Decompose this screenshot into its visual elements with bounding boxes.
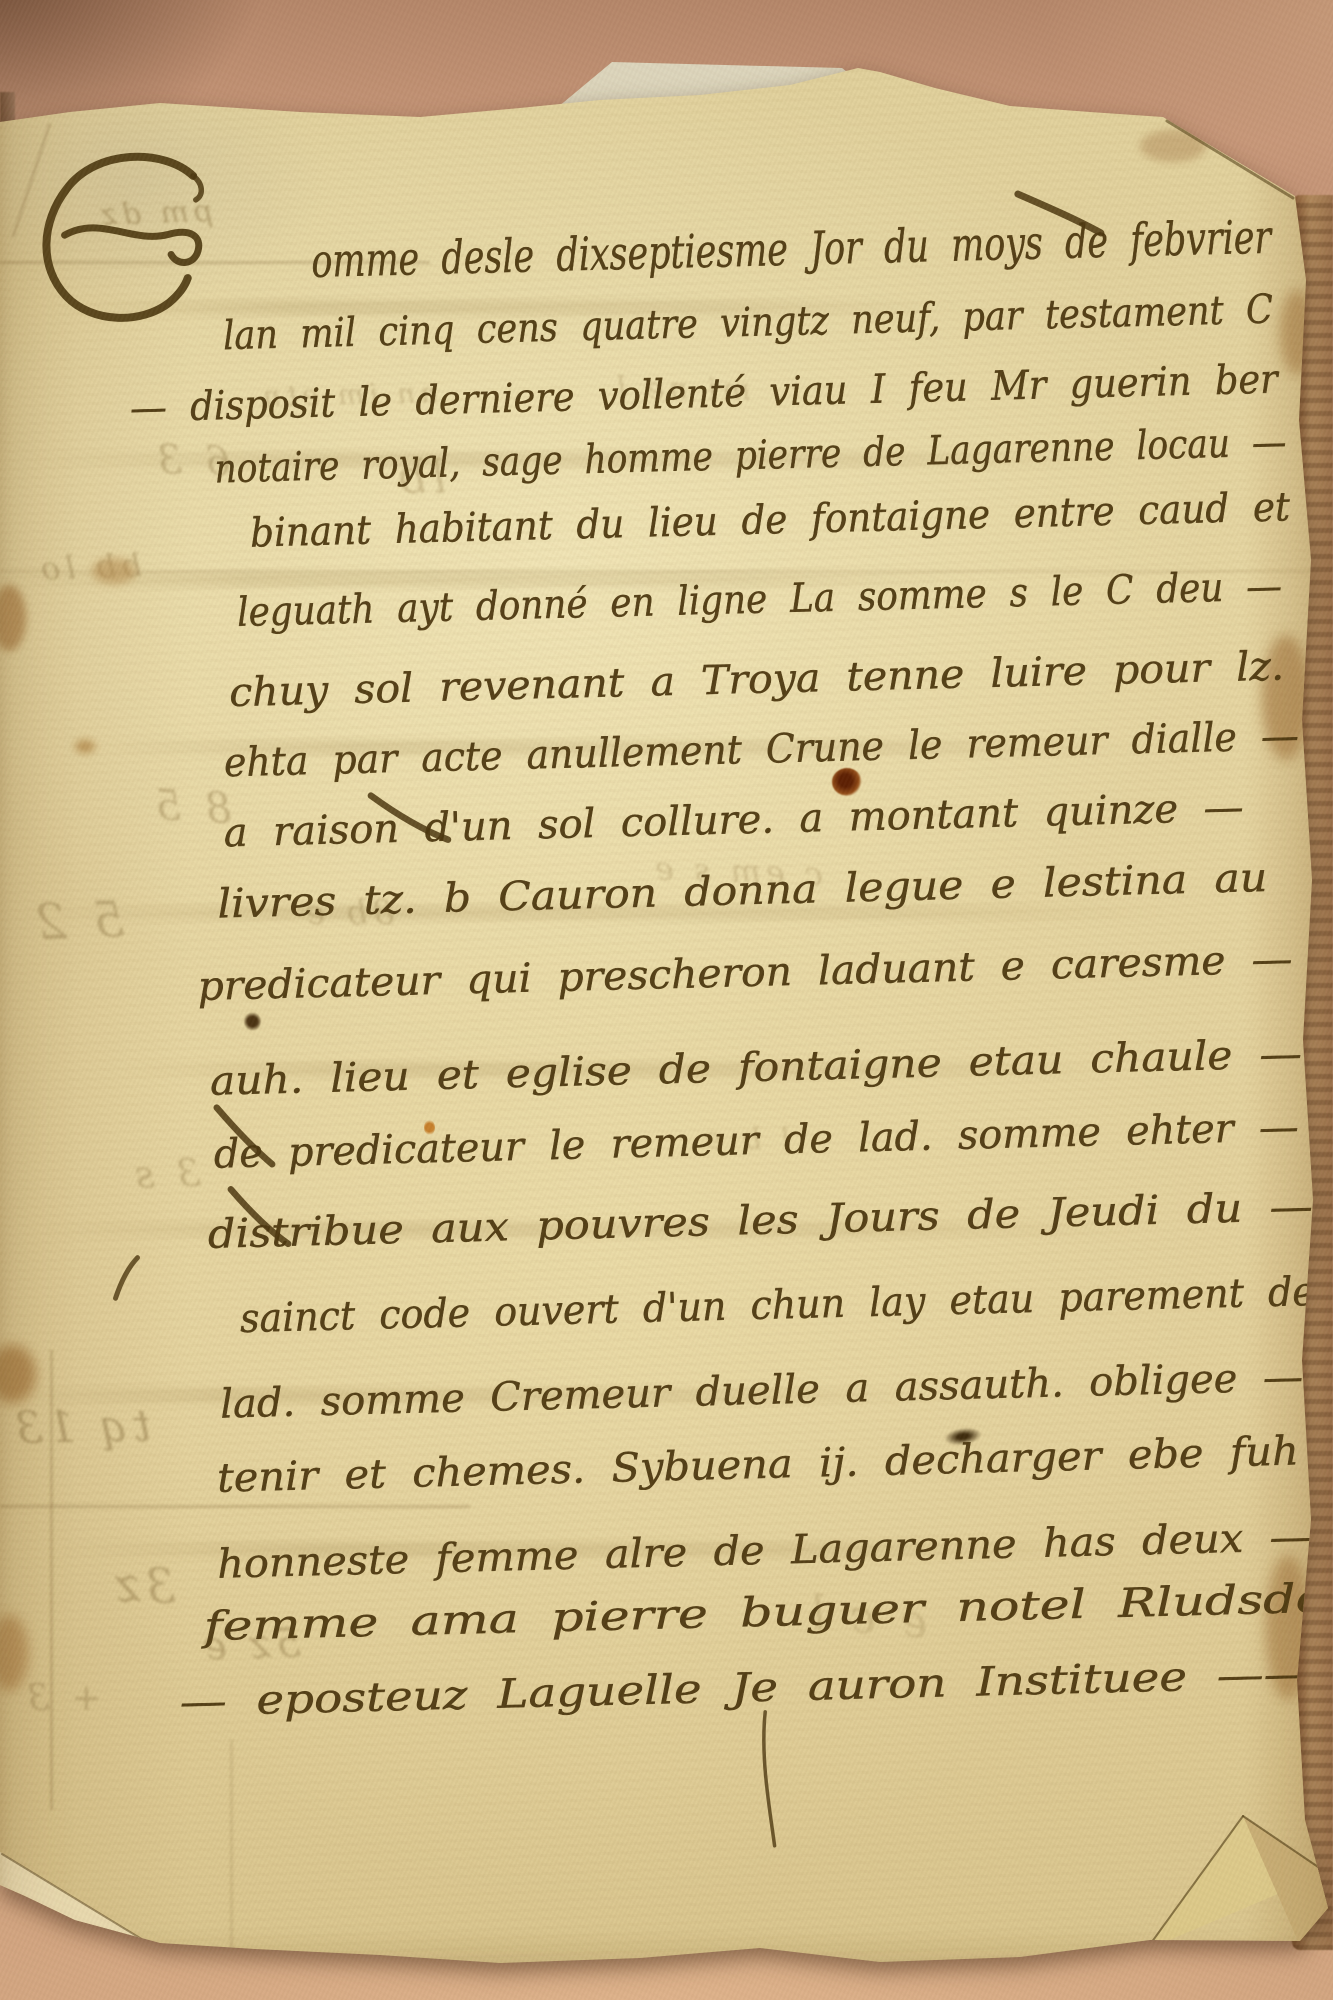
manuscript-line-4: notaire royal, sage homme pierre de Laga… <box>214 419 1287 492</box>
manuscript-line-6: leguath ayt donné en ligne La somme s le… <box>237 563 1283 635</box>
manuscript-line-8: ehta par acte anullement Crune le remeur… <box>223 713 1299 786</box>
initial-letter-C <box>44 155 204 320</box>
dog-ear-crease <box>1146 1816 1243 1950</box>
manuscript-line-15: sainct code ouvert d'un chun lay etau pa… <box>240 1269 1316 1342</box>
manuscript-line-12: auh. lieu et eglise de fontaigne etau ch… <box>209 1031 1302 1105</box>
cut-edge-highlight <box>1167 121 1293 198</box>
manuscript-photo: pm dz nn im etn 6 3 bb lo lb 8 5 5 2 8b … <box>0 0 1333 2000</box>
manuscript-line-13: de predicateur le remeur de lad. somme e… <box>213 1104 1299 1177</box>
corner-fold-crease <box>2 1854 158 1949</box>
dog-ear-crease <box>1243 1816 1327 1873</box>
manuscript-line-10: livres tz. b Cauron donna legue e lestin… <box>217 855 1268 928</box>
manuscript-line-9: a raison d'un sol collure. a montant qui… <box>223 785 1244 857</box>
manuscript-line-17: tenir et chemes. Sybuena ij. decharger e… <box>217 1428 1300 1501</box>
manuscript-line-1: omme desle dixseptiesme Jor du moys de f… <box>311 210 1274 288</box>
manuscript-line-14: distribue aux pouvres les Jours de Jeudi… <box>207 1184 1313 1258</box>
manuscript-line-3: — disposit le derniere vollenté viau I f… <box>129 356 1280 431</box>
manuscript-line-16: lad. somme Cremeur duelle a assauth. obl… <box>220 1354 1304 1427</box>
ink-layer: omme desle dixseptiesme Jor du moys de f… <box>0 0 1333 2000</box>
manuscript-line-2: lan mil cinq cens quatre vingtz neuf, pa… <box>223 287 1274 360</box>
manuscript-line-7: chuy sol revenant a Troya tenne luire po… <box>229 643 1285 716</box>
manuscript-line-5: binant habitant du lieu de fontaigne ent… <box>250 484 1292 556</box>
manuscript-page: pm dz nn im etn 6 3 bb lo lb 8 5 5 2 8b … <box>0 0 1333 2000</box>
manuscript-line-20: — eposteuz Laguelle Je auron Instituee —… <box>179 1651 1311 1726</box>
manuscript-line-11: predicateur qui prescheron laduant e car… <box>197 936 1293 1010</box>
manuscript-line-18: honneste femme alre de Lagarenne has deu… <box>217 1514 1312 1588</box>
manuscript-line-19: femme ama pierre buguer notel Rludsde <box>199 1576 1326 1650</box>
descender-stroke <box>763 1712 775 1846</box>
manuscript-page-wrap: pm dz nn im etn 6 3 bb lo lb 8 5 5 2 8b … <box>0 0 1333 2000</box>
margin-slash-mark <box>115 1258 139 1299</box>
